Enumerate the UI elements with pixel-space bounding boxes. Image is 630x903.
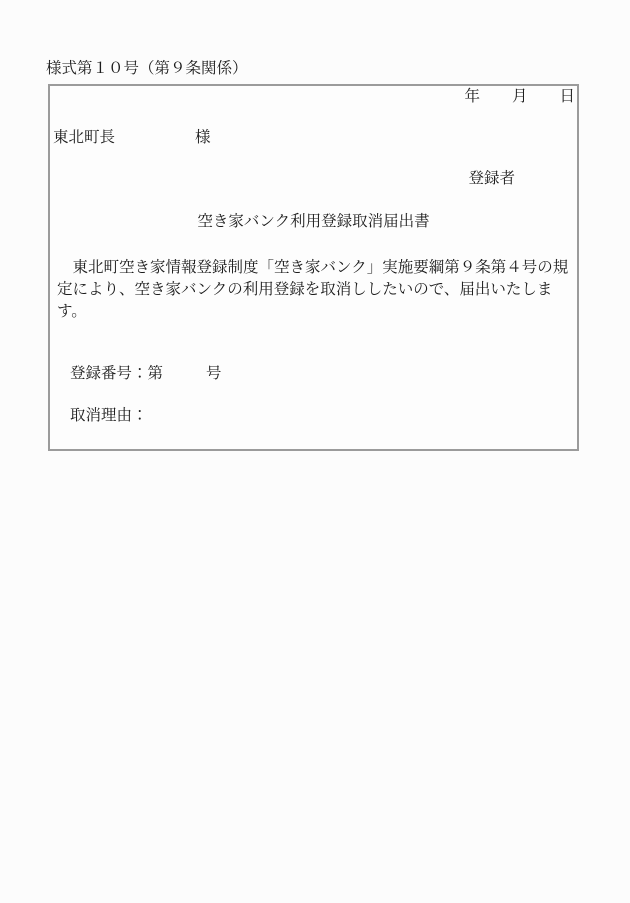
- body-paragraph: 東北町空き家情報登録制度「空き家バンク」実施要綱第９条第４号の規 定により、空き…: [57, 257, 568, 323]
- month-label: 月: [512, 88, 528, 105]
- registrant-label: 登録者: [468, 168, 515, 190]
- day-label: 日: [559, 88, 575, 105]
- registration-number-label: 登録番号：第: [70, 365, 163, 382]
- date-line: 年月日: [464, 86, 575, 108]
- registration-number-unit: 号: [206, 365, 222, 382]
- body-line: 定により、空き家バンクの利用登録を取消ししたいので、届出いたしま: [57, 279, 568, 301]
- year-label: 年: [464, 88, 480, 105]
- registration-number-line: 登録番号：第号: [70, 363, 222, 385]
- document-page: 様式第１０号（第９条関係） 年月日 東北町長様 登録者 空き家バンク利用登録取消…: [0, 0, 630, 903]
- addressee-name: 東北町長: [53, 129, 115, 146]
- addressee-honorific: 様: [195, 129, 211, 146]
- addressee-line: 東北町長様: [53, 127, 211, 149]
- cancellation-reason-line: 取消理由：: [70, 405, 148, 427]
- form-number-label: 様式第１０号（第９条関係）: [46, 58, 248, 80]
- body-line: す。: [57, 301, 568, 323]
- body-line: 東北町空き家情報登録制度「空き家バンク」実施要綱第９条第４号の規: [57, 257, 568, 279]
- document-title: 空き家バンク利用登録取消届出書: [50, 211, 577, 233]
- form-box: 年月日 東北町長様 登録者 空き家バンク利用登録取消届出書 東北町空き家情報登録…: [48, 84, 579, 451]
